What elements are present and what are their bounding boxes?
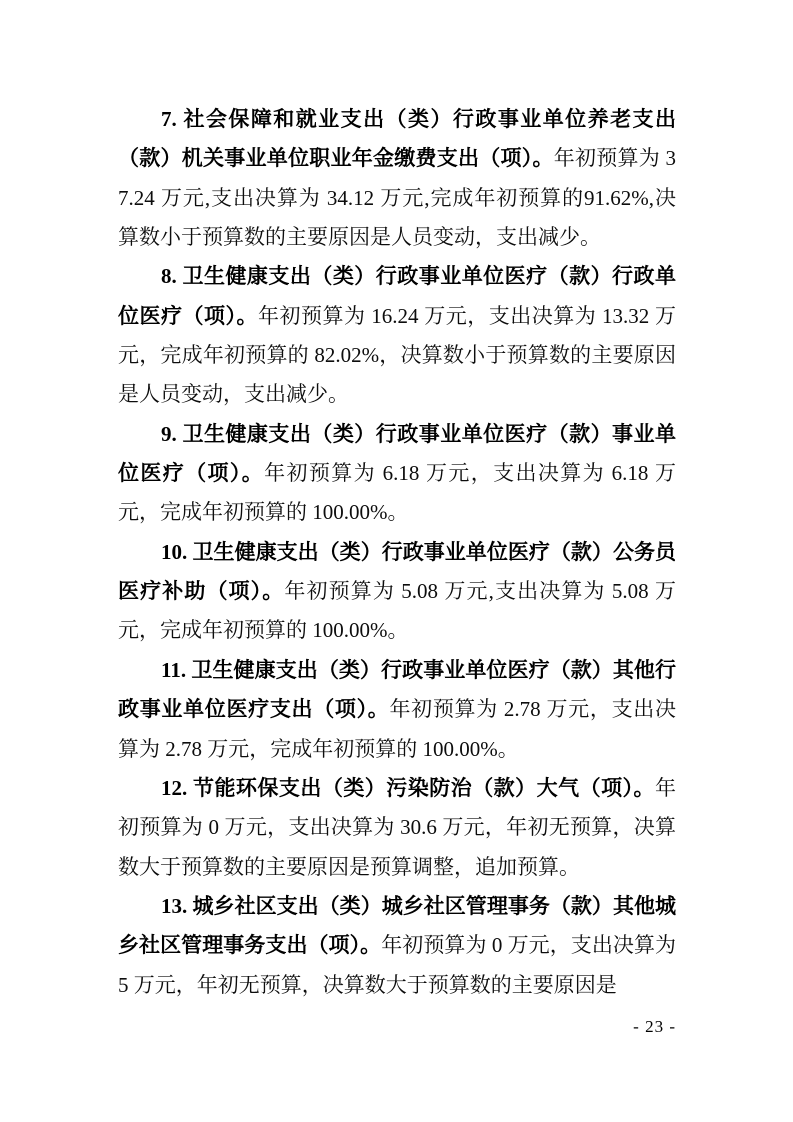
paragraph-item-9: 9. 卫生健康支出（类）行政事业单位医疗（款）事业单位医疗（项）。年初预算为 6… <box>118 415 676 533</box>
document-content: 7. 社会保障和就业支出（类）行政事业单位养老支出（款）机关事业单位职业年金缴费… <box>118 100 676 1005</box>
page-number: - 23 - <box>633 1016 676 1038</box>
paragraph-item-12: 12. 节能环保支出（类）污染防治（款）大气（项）。年初预算为 0 万元，支出决… <box>118 769 676 887</box>
paragraph-item-8: 8. 卫生健康支出（类）行政事业单位医疗（款）行政单位医疗（项）。年初预算为 1… <box>118 257 676 414</box>
document-page: 7. 社会保障和就业支出（类）行政事业单位养老支出（款）机关事业单位职业年金缴费… <box>0 0 793 1122</box>
paragraph-item-10: 10. 卫生健康支出（类）行政事业单位医疗（款）公务员医疗补助（项）。年初预算为… <box>118 533 676 651</box>
paragraph-item-13: 13. 城乡社区支出（类）城乡社区管理事务（款）其他城乡社区管理事务支出（项）。… <box>118 887 676 1005</box>
paragraph-item-7: 7. 社会保障和就业支出（类）行政事业单位养老支出（款）机关事业单位职业年金缴费… <box>118 100 676 257</box>
paragraph-heading: 12. 节能环保支出（类）污染防治（款）大气（项）。 <box>161 776 655 800</box>
paragraph-item-11: 11. 卫生健康支出（类）行政事业单位医疗（款）其他行政事业单位医疗支出（项）。… <box>118 651 676 769</box>
